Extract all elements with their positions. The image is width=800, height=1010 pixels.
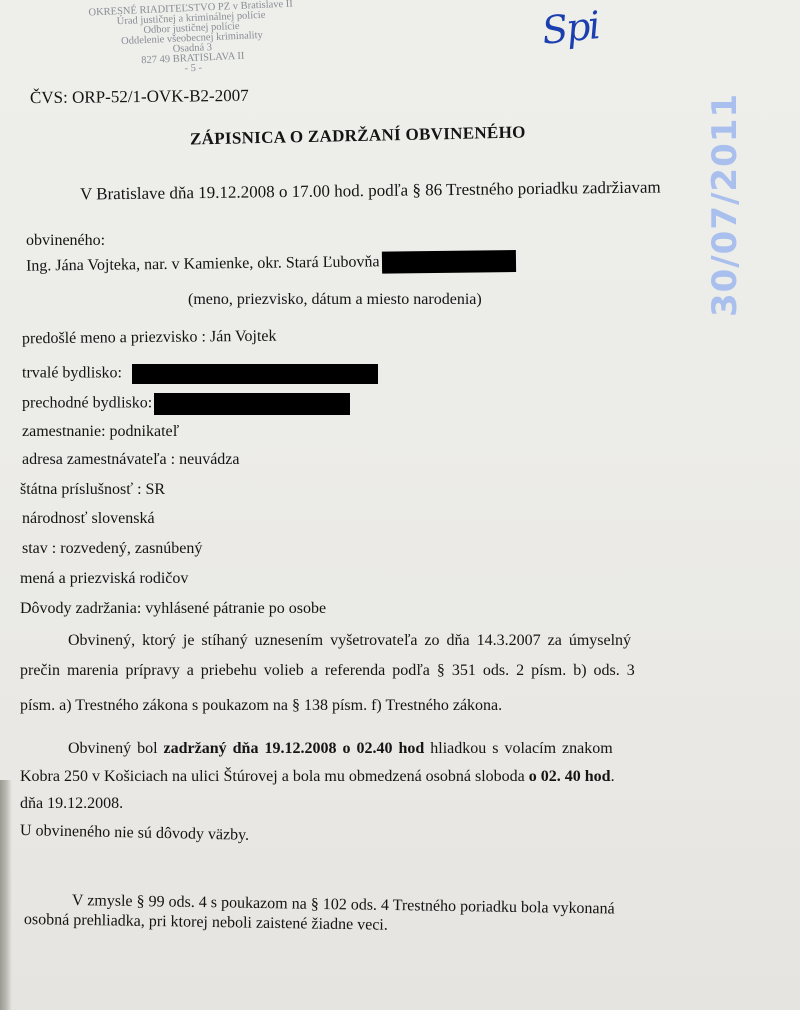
text: hliadkou s volacím znakom bbox=[424, 740, 612, 757]
page-edge-shadow bbox=[0, 780, 12, 1010]
document-page: OKRESNÉ RIADITEĽSTVO PZ v Bratislave II … bbox=[0, 0, 800, 1010]
field-nationality: národnosť slovenská bbox=[22, 510, 155, 528]
field-label: zamestnanie: bbox=[22, 423, 106, 440]
charge-paragraph-line: Obvinený, ktorý je stíhaný uznesením vyš… bbox=[68, 632, 631, 650]
text: Obvinený bol bbox=[68, 740, 164, 757]
field-separator: : bbox=[167, 451, 179, 468]
document-title: ZÁPISNICA O ZADRŽANÍ OBVINENÉHO bbox=[190, 123, 526, 148]
reference-number: ČVS: ORP-52/1-OVK-B2-2007 bbox=[30, 87, 249, 107]
accused-name-line: Ing. Jána Vojteka, nar. v Kamienke, okr.… bbox=[26, 250, 516, 278]
detention-paragraph-line: Kobra 250 v Košiciach na ulici Štúrovej … bbox=[20, 768, 615, 786]
restriction-time-bold: o 02. 40 hod bbox=[529, 768, 611, 785]
field-label: mená a priezviská rodičov bbox=[20, 570, 188, 587]
field-separator: : bbox=[133, 481, 145, 498]
field-value: neuvádza bbox=[179, 451, 239, 468]
accused-label: obvineného: bbox=[26, 232, 105, 250]
date-stamp-text: 30/07/2011 bbox=[705, 93, 745, 317]
redaction-bar bbox=[154, 393, 350, 415]
field-detention-reasons: Dôvody zadržania: vyhlásené pátranie po … bbox=[20, 600, 326, 618]
custody-statement: U obvineného nie sú dôvody väzby. bbox=[20, 822, 249, 845]
charge-paragraph-line: písm. a) Trestného zákona s poukazom na … bbox=[20, 697, 502, 715]
field-label: štátna príslušnosť bbox=[20, 481, 133, 498]
detention-paragraph-line: dňa 19.12.2008. bbox=[20, 795, 123, 813]
field-permanent-address: trvalé bydlisko: bbox=[22, 364, 378, 384]
office-header-stamp: OKRESNÉ RIADITEĽSTVO PZ v Bratislave II … bbox=[61, 0, 324, 80]
accused-caption: (meno, priezvisko, dátum a miesto narode… bbox=[188, 291, 482, 309]
field-marital-status: stav : rozvedený, zasnúbený bbox=[22, 540, 202, 558]
field-value: rozvedený, zasnúbený bbox=[60, 540, 202, 557]
field-label: trvalé bydlisko: bbox=[22, 365, 122, 382]
search-paragraph-line: osobná prehliadka, pri ktorej neboli zai… bbox=[24, 911, 388, 935]
field-value: slovenská bbox=[92, 510, 155, 527]
field-employer-address: adresa zamestnávateľa : neuvádza bbox=[22, 451, 240, 469]
detention-paragraph-line: Obvinený bol zadržaný dňa 19.12.2008 o 0… bbox=[68, 740, 613, 758]
redaction-bar bbox=[381, 250, 515, 274]
charge-paragraph-line: prečin marenia prípravy a priebehu volie… bbox=[20, 662, 635, 680]
handwritten-signature: Spi bbox=[540, 3, 601, 53]
field-label: stav bbox=[22, 540, 48, 557]
field-label: predošlé meno a priezvisko bbox=[22, 328, 198, 347]
field-occupation: zamestnanie: podnikateľ bbox=[22, 423, 179, 441]
text: Kobra 250 v Košiciach na ulici Štúrovej … bbox=[20, 768, 529, 785]
redaction-bar bbox=[132, 364, 378, 384]
text: . bbox=[611, 768, 615, 785]
field-value: Ján Vojtek bbox=[210, 328, 277, 346]
field-parents-names: mená a priezviská rodičov bbox=[20, 570, 188, 588]
field-value: SR bbox=[146, 481, 166, 498]
accused-name-text: Ing. Jána Vojteka, nar. v Kamienke, okr.… bbox=[26, 253, 380, 274]
field-value: vyhlásené pátranie po osobe bbox=[145, 600, 326, 617]
field-temporary-address: prechodné bydlisko: bbox=[22, 393, 350, 415]
field-label: národnosť bbox=[22, 510, 88, 527]
intro-line: V Bratislave dňa 19.12.2008 o 17.00 hod.… bbox=[80, 178, 661, 203]
field-label: prechodné bydlisko: bbox=[22, 395, 152, 412]
field-label: Dôvody zadržania: bbox=[20, 600, 141, 617]
detention-time-bold: zadržaný dňa 19.12.2008 o 02.40 hod bbox=[164, 740, 425, 757]
field-label: adresa zamestnávateľa bbox=[22, 451, 167, 468]
field-separator: : bbox=[197, 328, 210, 345]
field-previous-name: predošlé meno a priezvisko : Ján Vojtek bbox=[22, 328, 277, 349]
field-separator: : bbox=[48, 540, 60, 557]
date-stamp: 30/07/2011 bbox=[700, 100, 750, 310]
field-value: podnikateľ bbox=[110, 423, 180, 440]
field-citizenship: štátna príslušnosť : SR bbox=[20, 481, 165, 499]
